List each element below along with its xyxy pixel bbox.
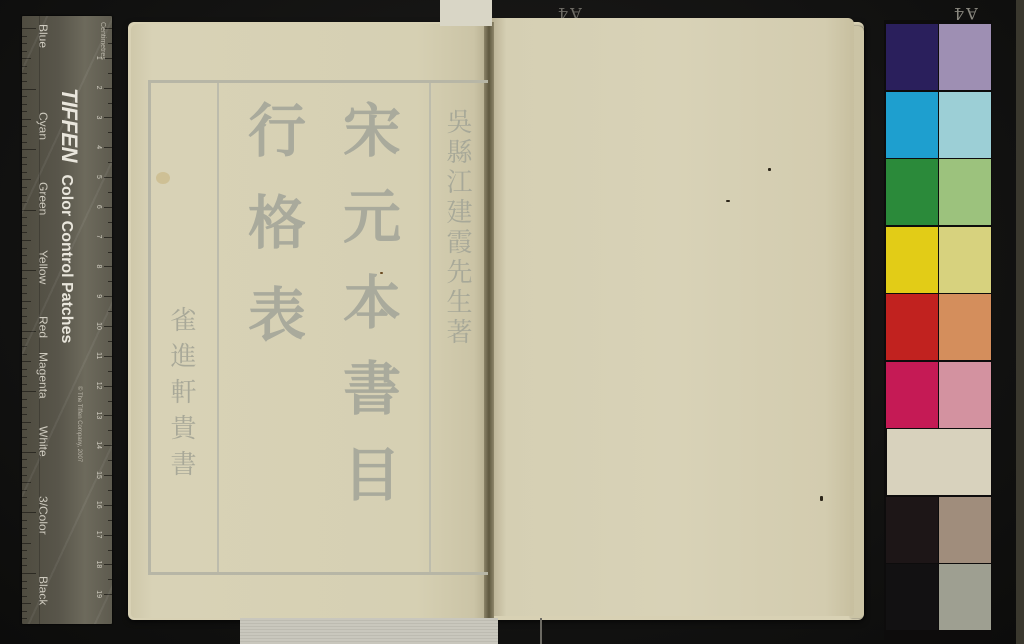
ruler-tick	[22, 164, 27, 165]
color-label: Green	[36, 182, 50, 215]
ruler-number: 15	[95, 471, 102, 479]
ruler-tick	[104, 535, 112, 536]
ruler-tick	[22, 505, 27, 506]
ruler-tick	[22, 338, 27, 339]
ruler-tick	[104, 117, 112, 118]
ruler-tick	[22, 331, 36, 332]
color-patch	[939, 227, 991, 293]
ruler-tick	[22, 28, 36, 29]
ruler-number: 3	[95, 115, 102, 119]
tiffen-brand: TIFFEN Color Control Patches	[56, 88, 82, 343]
ruler-tick	[22, 414, 27, 415]
ruler-number: 5	[95, 175, 102, 179]
paper-speck	[380, 272, 383, 274]
ruler-tick	[22, 354, 27, 355]
color-patch	[887, 429, 991, 495]
ruler-tick	[22, 429, 27, 430]
ruler-tick	[108, 430, 112, 431]
ruler-tick	[108, 73, 112, 74]
ruler-tick	[104, 356, 112, 357]
ruler-tick	[108, 550, 112, 551]
tiffen-copyright: © The Tiffen Company, 2007	[76, 386, 82, 462]
ruler-tick	[22, 195, 27, 196]
ruler-tick	[104, 594, 112, 595]
ruler-tick	[104, 237, 112, 238]
ruler-number: 16	[95, 501, 102, 509]
ruler-tick	[22, 51, 27, 52]
paper-speck	[820, 496, 823, 501]
ruler-tick	[22, 490, 27, 491]
ruler-tick	[22, 459, 27, 460]
color-patch	[886, 564, 938, 630]
ruler-number: 2	[95, 86, 102, 90]
ruler-tick	[108, 43, 112, 44]
centimetre-ruler: 12345678910111213141516171819	[90, 16, 112, 624]
ruler-tick	[22, 157, 27, 158]
color-label: White	[36, 426, 50, 457]
ruler-tick	[104, 296, 112, 297]
ruler-number: 8	[95, 264, 102, 268]
color-checker	[884, 20, 992, 640]
ruler-number: 13	[95, 411, 102, 419]
color-label: Cyan	[36, 112, 50, 140]
paper-speck	[726, 200, 730, 202]
ruler-tick	[104, 58, 112, 59]
frame-column-line	[217, 83, 219, 572]
ruler-tick	[22, 581, 27, 582]
ruler-tick	[22, 422, 31, 423]
ruler-tick	[22, 391, 36, 392]
ruler-tick	[22, 81, 27, 82]
ruler-tick	[22, 376, 27, 377]
ruler-number: 6	[95, 205, 102, 209]
tiffen-logo: TIFFEN	[57, 88, 82, 162]
ruler-tick	[104, 415, 112, 416]
ruler-tick	[108, 132, 112, 133]
ruler-tick	[22, 172, 27, 173]
ruler-tick	[22, 149, 36, 150]
color-patch	[886, 159, 938, 225]
ruler-tick	[22, 618, 27, 619]
ruler-tick	[22, 558, 27, 559]
ruler-tick	[22, 346, 27, 347]
ruler-tick	[104, 475, 112, 476]
color-label: 3/Color	[36, 496, 50, 535]
ruler-tick	[22, 126, 27, 127]
ruler-tick	[108, 371, 112, 372]
ruler-tick	[22, 263, 27, 264]
ruler-tick	[22, 437, 27, 438]
ruler-tick	[22, 550, 27, 551]
inch-ruler	[22, 16, 40, 624]
ruler-tick	[108, 192, 112, 193]
scanner-rail	[540, 618, 542, 644]
ruler-tick	[104, 177, 112, 178]
color-patch	[886, 227, 938, 293]
ruler-tick	[108, 162, 112, 163]
ruler-tick	[22, 565, 27, 566]
color-label: Magenta	[36, 352, 50, 399]
ruler-tick	[22, 444, 27, 445]
ruler-tick	[22, 293, 27, 294]
binding-tape-top	[440, 0, 492, 26]
ruler-tick	[22, 301, 31, 302]
ruler-tick	[22, 187, 27, 188]
ruler-tick	[22, 66, 27, 67]
color-patch	[939, 564, 991, 630]
color-patch	[886, 362, 938, 428]
ruler-tick	[22, 482, 31, 483]
ruler-tick	[22, 384, 27, 385]
ruler-tick	[22, 202, 27, 203]
ruler-tick	[22, 611, 27, 612]
ruler-tick	[22, 111, 27, 112]
color-patch	[886, 92, 938, 158]
ruler-tick	[22, 134, 27, 135]
ruler-tick	[22, 285, 27, 286]
ruler-number: 7	[95, 235, 102, 239]
ruler-tick	[108, 520, 112, 521]
ruler-tick	[108, 579, 112, 580]
ruler-tick	[22, 535, 27, 536]
color-patch	[939, 92, 991, 158]
color-patch	[886, 294, 938, 360]
ruler-tick	[104, 505, 112, 506]
color-patch	[939, 159, 991, 225]
ruler-tick	[22, 270, 36, 271]
color-patch	[886, 24, 938, 90]
publisher-line: 雀進軒貴書	[168, 306, 194, 486]
ruler-tick	[104, 28, 112, 29]
ruler-tick	[22, 573, 36, 574]
frame-column-line	[429, 83, 431, 572]
color-patch	[939, 24, 991, 90]
ruler-tick	[104, 266, 112, 267]
paper-stain	[156, 172, 170, 184]
ruler-tick	[22, 520, 27, 521]
color-patch	[939, 294, 991, 360]
ruler-tick	[22, 179, 31, 180]
color-patch	[886, 497, 938, 563]
ruler-number: 18	[95, 560, 102, 568]
ruler-tick	[22, 119, 31, 120]
color-label: Blue	[36, 24, 50, 48]
ruler-tick	[22, 603, 31, 604]
ruler-tick	[104, 386, 112, 387]
ruler-tick	[22, 255, 27, 256]
ruler-tick	[108, 103, 112, 104]
ruler-number: 14	[95, 441, 102, 449]
author-line: 吳縣江建霞先生著	[444, 108, 470, 348]
right-page	[492, 18, 854, 616]
title-page-frame	[148, 80, 488, 575]
ruler-tick	[108, 460, 112, 461]
ruler-tick	[22, 73, 27, 74]
ruler-tick	[22, 512, 36, 513]
binding-tape-bottom	[240, 618, 498, 644]
ruler-tick	[22, 278, 27, 279]
ruler-tick	[104, 207, 112, 208]
ruler-tick	[22, 232, 27, 233]
ruler-number: 11	[95, 352, 102, 359]
ruler-tick	[108, 252, 112, 253]
color-label: Black	[36, 576, 50, 605]
ruler-tick	[22, 308, 27, 309]
book-title-column-1: 宋元本書目	[338, 100, 396, 530]
ruler-tick	[22, 497, 27, 498]
ruler-tick	[108, 490, 112, 491]
ruler-tick	[22, 217, 27, 218]
ruler-tick	[22, 225, 27, 226]
ruler-tick	[22, 89, 36, 90]
ruler-tick	[104, 147, 112, 148]
ruler-number: 19	[95, 590, 102, 598]
ruler-tick	[22, 96, 27, 97]
ruler-tick	[22, 361, 31, 362]
ruler-tick	[108, 281, 112, 282]
ruler-tick	[22, 596, 27, 597]
ruler-tick	[108, 341, 112, 342]
ruler-tick	[22, 210, 36, 211]
book-title-column-2: 行格表	[243, 100, 301, 376]
ruler-tick	[22, 369, 27, 370]
ruler-number: 4	[95, 145, 102, 149]
ruler-number: 17	[95, 531, 102, 539]
ruler-number: 10	[95, 322, 102, 330]
ruler-tick	[22, 467, 27, 468]
color-patch	[939, 497, 991, 563]
ruler-tick	[22, 588, 27, 589]
ruler-tick	[22, 104, 27, 105]
ruler-tick	[108, 401, 112, 402]
color-label: Red	[36, 316, 50, 338]
ruler-tick	[22, 316, 27, 317]
ruler-tick	[22, 36, 27, 37]
centimetres-label: Centimetres	[99, 22, 106, 60]
ruler-tick	[22, 58, 31, 59]
ruler-tick	[22, 543, 31, 544]
ruler-tick	[22, 399, 27, 400]
ruler-tick	[22, 323, 27, 324]
ruler-tick	[22, 43, 27, 44]
color-label: Yellow	[36, 250, 50, 284]
paper-speck	[768, 168, 771, 171]
ruler-number: 1	[95, 56, 102, 60]
ruler-number: 12	[95, 382, 102, 390]
ruler-tick	[108, 222, 112, 223]
color-patch	[939, 362, 991, 428]
ruler-tick	[104, 326, 112, 327]
tiffen-color-strip: 12345678910111213141516171819 Centimetre…	[22, 16, 112, 624]
ruler-tick	[22, 248, 27, 249]
ruler-tick	[22, 452, 36, 453]
ruler-tick	[22, 240, 31, 241]
ruler-number: 9	[95, 294, 102, 298]
ruler-tick	[108, 311, 112, 312]
scanner-edge	[1016, 0, 1024, 644]
ruler-tick	[22, 475, 27, 476]
ruler-tick	[22, 142, 27, 143]
tiffen-strip-content: 12345678910111213141516171819 Centimetre…	[22, 16, 112, 624]
ruler-tick	[22, 407, 27, 408]
ruler-tick	[22, 528, 27, 529]
ruler-tick	[104, 564, 112, 565]
ruler-tick	[104, 88, 112, 89]
ruler-tick	[104, 445, 112, 446]
tiffen-title: Color Control Patches	[58, 174, 75, 343]
